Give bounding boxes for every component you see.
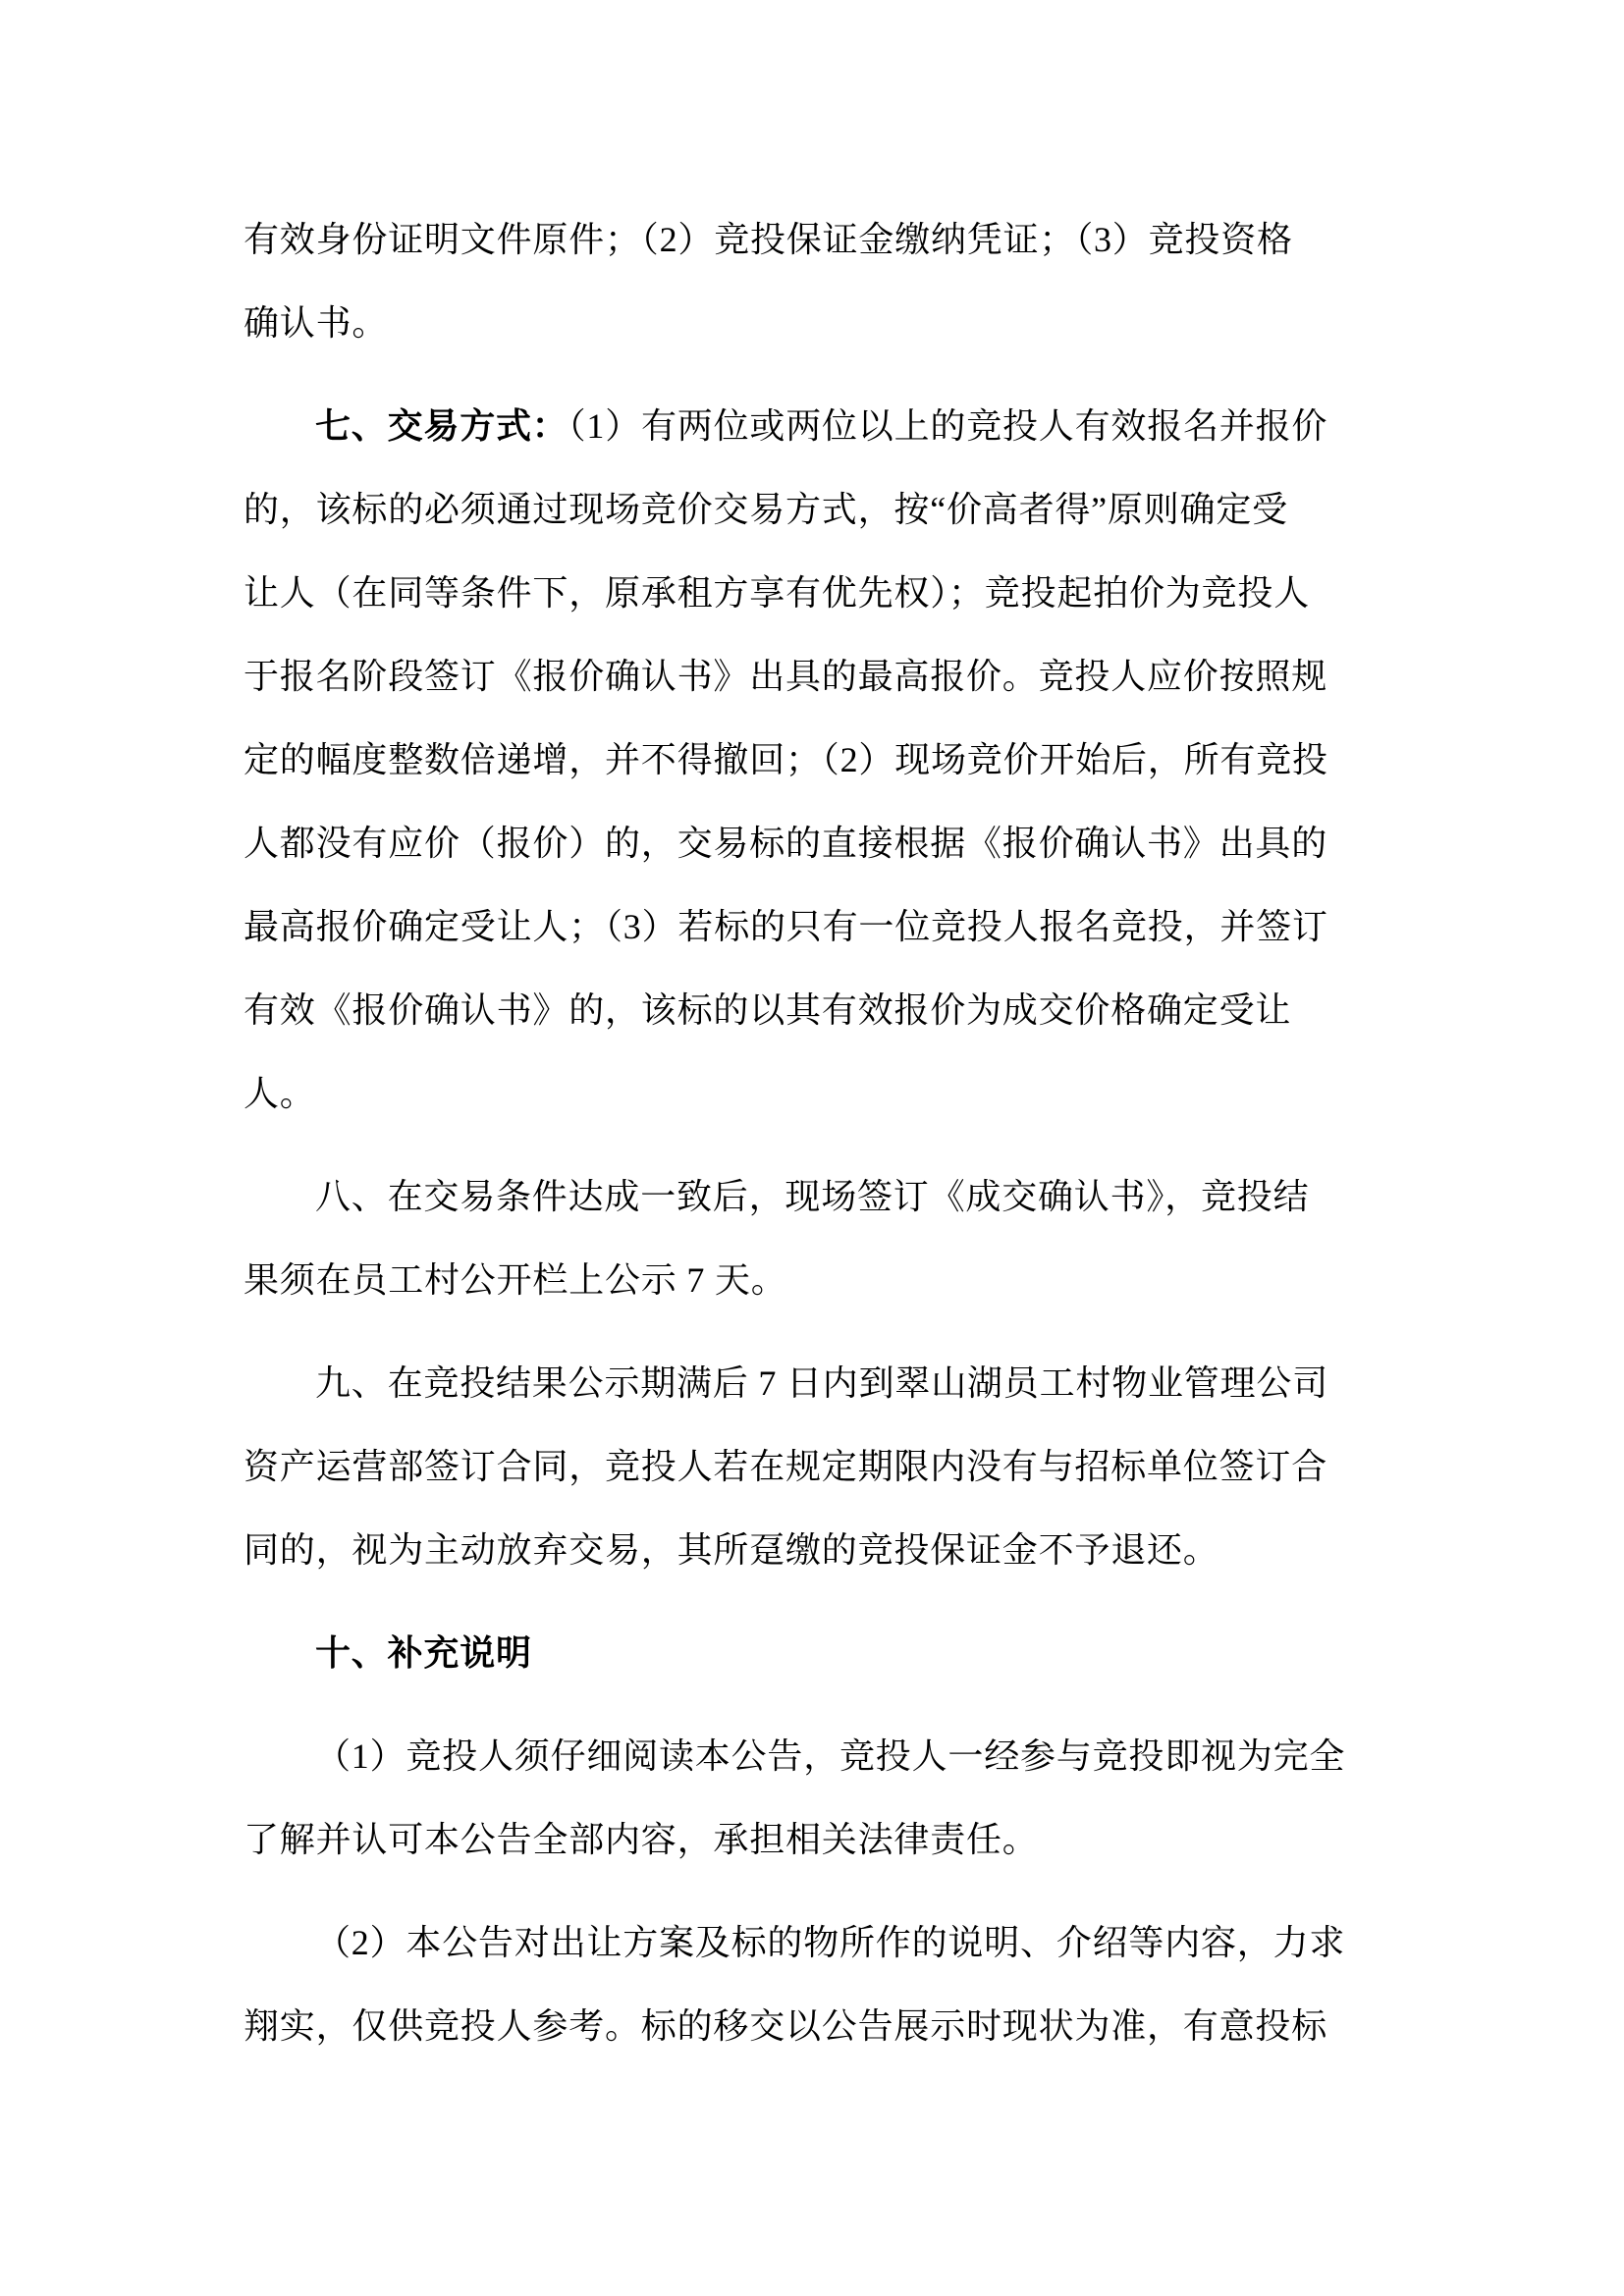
line-text: 同的，视为主动放弃交易，其所趸缴的竞投保证金不予退还。	[244, 1530, 1219, 1570]
text-line: 人。	[244, 1052, 1382, 1136]
line-text: 于报名阶段签订《报价确认书》出具的最高报价。竞投人应价按照规	[244, 657, 1327, 696]
text-line: 让人（在同等条件下，原承租方享有优先权）；竞投起拍价为竞投人	[244, 552, 1382, 635]
line-text: 资产运营部签订合同，竞投人若在规定期限内没有与招标单位签订合	[244, 1447, 1327, 1486]
line-text: 了解并认可本公告全部内容，承担相关法律责任。	[244, 1820, 1039, 1859]
text-line: 有效身份证明文件原件；（2）竞投保证金缴纳凭证；（3）竞投资格	[244, 198, 1382, 282]
line-text: 九、在竞投结果公示期满后 7 日内到翠山湖员工村物业管理公司	[315, 1363, 1328, 1403]
text-line: 翔实，仅供竞投人参考。标的移交以公告展示时现状为准，有意投标	[244, 1985, 1382, 2068]
section-heading-trade-method: 七、交易方式：	[315, 406, 568, 446]
line-text: 果须在员工村公开栏上公示 7 天。	[244, 1260, 787, 1300]
text-line: 八、在交易条件达成一致后，现场签订《成交确认书》，竞投结	[244, 1155, 1382, 1239]
line-text: 让人（在同等条件下，原承租方享有优先权）；竞投起拍价为竞投人	[244, 573, 1310, 613]
line-text: 有效《报价确认书》的，该标的以其有效报价为成交价格确定受让	[244, 990, 1291, 1030]
line-text: 八、在交易条件达成一致后，现场签订《成交确认书》，竞投结	[315, 1177, 1309, 1216]
document-page: 有效身份证明文件原件；（2）竞投保证金缴纳凭证；（3）竞投资格 确认书。 七、交…	[0, 0, 1624, 2296]
line-text: 定的幅度整数倍递增，并不得撤回；（2）现场竞价开始后，所有竞投	[244, 740, 1328, 779]
text-line: 果须在员工村公开栏上公示 7 天。	[244, 1239, 1382, 1322]
text-line: 了解并认可本公告全部内容，承担相关法律责任。	[244, 1798, 1382, 1882]
text-line: 最高报价确定受让人；（3）若标的只有一位竞投人报名竞投，并签订	[244, 885, 1382, 969]
line-text: 的，该标的必须通过现场竞价交易方式，按“价高者得”原则确定受	[244, 490, 1288, 529]
text-line: （1）竞投人须仔细阅读本公告，竞投人一经参与竞投即视为完全	[244, 1715, 1382, 1798]
document-body: 有效身份证明文件原件；（2）竞投保证金缴纳凭证；（3）竞投资格 确认书。 七、交…	[244, 198, 1382, 2068]
text-line: 七、交易方式：（1）有两位或两位以上的竞投人有效报名并报价	[244, 385, 1382, 468]
line-text: 人。	[244, 1074, 316, 1113]
line-text: （1）有两位或两位以上的竞投人有效报名并报价	[568, 406, 1328, 446]
text-line: 九、在竞投结果公示期满后 7 日内到翠山湖员工村物业管理公司	[244, 1342, 1382, 1425]
text-line: 资产运营部签订合同，竞投人若在规定期限内没有与招标单位签订合	[244, 1425, 1382, 1509]
text-line: 定的幅度整数倍递增，并不得撤回；（2）现场竞价开始后，所有竞投	[244, 719, 1382, 802]
line-text: （1）竞投人须仔细阅读本公告，竞投人一经参与竞投即视为完全	[315, 1736, 1345, 1776]
text-line: 于报名阶段签订《报价确认书》出具的最高报价。竞投人应价按照规	[244, 635, 1382, 719]
text-line: 的，该标的必须通过现场竞价交易方式，按“价高者得”原则确定受	[244, 468, 1382, 552]
section-heading-supplementary-notes: 十、补充说明	[315, 1633, 532, 1673]
text-line: 确认书。	[244, 282, 1382, 365]
line-text: 翔实，仅供竞投人参考。标的移交以公告展示时现状为准，有意投标	[244, 2006, 1327, 2046]
line-text: 确认书。	[244, 303, 388, 343]
text-line: 十、补充说明	[244, 1612, 1382, 1695]
line-text: 最高报价确定受让人；（3）若标的只有一位竞投人报名竞投，并签订	[244, 907, 1328, 946]
text-line: 有效《报价确认书》的，该标的以其有效报价为成交价格确定受让	[244, 969, 1382, 1052]
text-line: （2）本公告对出让方案及标的物所作的说明、介绍等内容，力求	[244, 1901, 1382, 1985]
line-text: 人都没有应价（报价）的，交易标的直接根据《报价确认书》出具的	[244, 824, 1327, 863]
text-line: 同的，视为主动放弃交易，其所趸缴的竞投保证金不予退还。	[244, 1509, 1382, 1592]
text-line: 人都没有应价（报价）的，交易标的直接根据《报价确认书》出具的	[244, 802, 1382, 885]
line-text: （2）本公告对出让方案及标的物所作的说明、介绍等内容，力求	[315, 1923, 1345, 1962]
line-text: 有效身份证明文件原件；（2）竞投保证金缴纳凭证；（3）竞投资格	[244, 220, 1293, 259]
